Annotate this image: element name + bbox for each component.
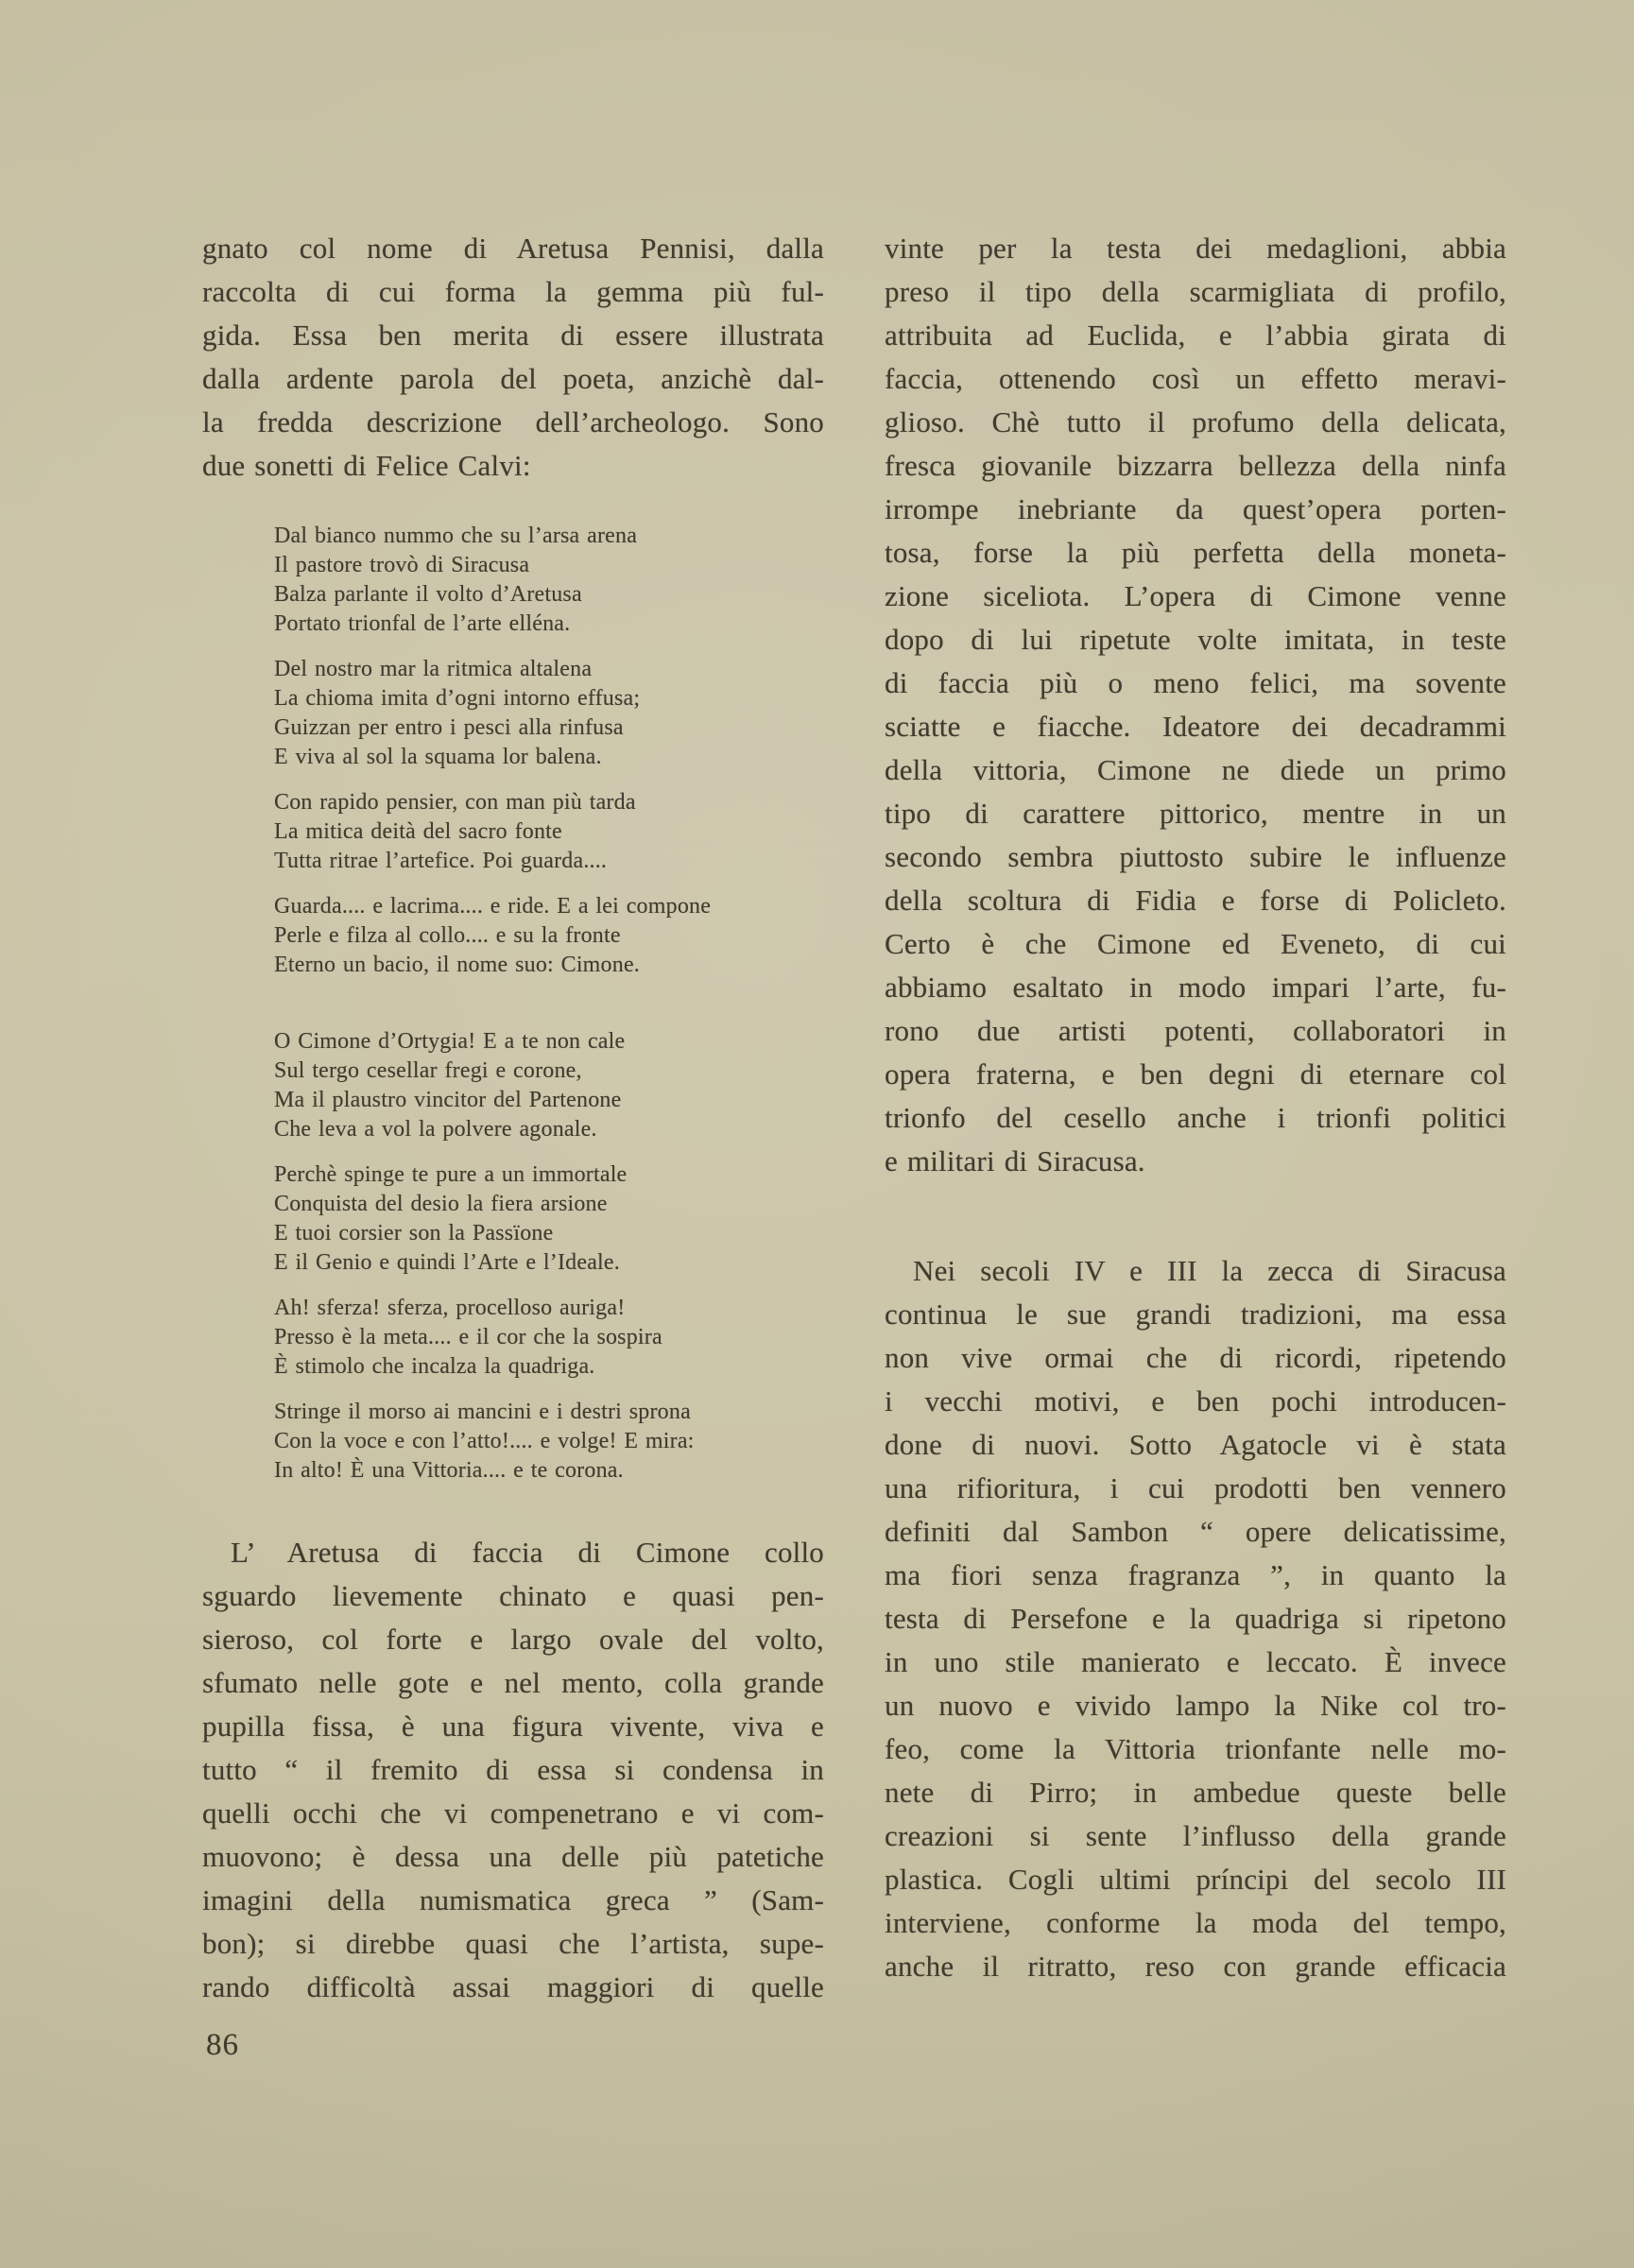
stanza: Dal bianco nummo che su l’arsa arenaIl p… <box>274 522 824 639</box>
prose-line: Certo è che Cimone ed Eveneto, di cui <box>885 922 1506 966</box>
verse-line: Presso è la meta.... e il cor che la sos… <box>274 1323 824 1352</box>
prose-line: quelli occhi che vi compenetrano e vi co… <box>202 1792 824 1835</box>
verse-line: Dal bianco nummo che su l’arsa arena <box>274 522 824 551</box>
prose-line: anche il ritratto, reso con grande effic… <box>885 1945 1506 1988</box>
prose-line: tosa, forse la più perfetta della moneta… <box>885 531 1506 575</box>
prose-line: sguardo lievemente chinato e quasi pen- <box>202 1574 824 1618</box>
verse-line: È stimolo che incalza la quadriga. <box>274 1352 824 1382</box>
verse-line: Che leva a vol la polvere agonale. <box>274 1115 824 1144</box>
prose-line: dalla ardente parola del poeta, anzichè … <box>202 357 824 401</box>
prose-line: pupilla fissa, è una figura vivente, viv… <box>202 1705 824 1748</box>
verse-line: Perle e filza al collo.... e su la front… <box>274 921 824 951</box>
verse-line: Balza parlante il volto d’Aretusa <box>274 580 824 610</box>
verse-line: Ma il plaustro vincitor del Partenone <box>274 1086 824 1115</box>
page-number: 86 <box>206 2028 239 2063</box>
prose-line: L’ Aretusa di faccia di Cimone collo <box>202 1531 824 1574</box>
prose-line: non vive ormai che di ricordi, ripetendo <box>885 1336 1506 1380</box>
verse-line: La mitica deità del sacro fonte <box>274 817 824 847</box>
right-column: vinte per la testa dei medaglioni, abbia… <box>885 227 1506 1988</box>
prose-line: sciatte e fiacche. Ideatore dei decadram… <box>885 705 1506 748</box>
verse-line: Stringe il morso ai mancini e i destri s… <box>274 1398 824 1427</box>
verse-line: Del nostro mar la ritmica altalena <box>274 655 824 684</box>
paragraph: L’ Aretusa di faccia di Cimone collosgua… <box>202 1531 824 2009</box>
prose-line: i vecchi motivi, e ben pochi introducen- <box>885 1380 1506 1423</box>
prose-line: della vittoria, Cimone ne diede un primo <box>885 748 1506 792</box>
verse-line: In alto! È una Vittoria.... e te corona. <box>274 1456 824 1486</box>
verse-line: Con rapido pensier, con man più tarda <box>274 788 824 817</box>
prose-line: irrompe inebriante da quest’opera porten… <box>885 488 1506 531</box>
verse-line: Con la voce e con l’atto!.... e volge! E… <box>274 1427 824 1456</box>
prose-line: done di nuovi. Sotto Agatocle vi è stata <box>885 1423 1506 1467</box>
prose-line: testa di Persefone e la quadriga si ripe… <box>885 1597 1506 1641</box>
prose-line: e militari di Siracusa. <box>885 1140 1506 1183</box>
prose-line: sfumato nelle gote e nel mento, colla gr… <box>202 1661 824 1705</box>
verse-line: Guizzan per entro i pesci alla rinfusa <box>274 713 824 743</box>
prose-line: dopo di lui ripetute volte imitata, in t… <box>885 618 1506 661</box>
prose-line: gnato col nome di Aretusa Pennisi, dalla <box>202 227 824 270</box>
prose-line: glioso. Chè tutto il profumo della delic… <box>885 401 1506 444</box>
prose-line: ma fiori senza fragranza ”, in quanto la <box>885 1554 1506 1597</box>
prose-line: faccia, ottenendo così un effetto meravi… <box>885 357 1506 401</box>
prose-line: continua le sue grandi tradizioni, ma es… <box>885 1293 1506 1336</box>
prose-line: creazioni si sente l’influsso della gran… <box>885 1814 1506 1858</box>
prose-line: tutto “ il fremito di essa si condensa i… <box>202 1748 824 1792</box>
verse-line: Perchè spinge te pure a un immortale <box>274 1160 824 1190</box>
prose-line: rono due artisti potenti, collaboratori … <box>885 1009 1506 1053</box>
prose-line: rando difficoltà assai maggiori di quell… <box>202 1966 824 2009</box>
verse-line: Tutta ritrae l’artefice. Poi guarda.... <box>274 847 824 876</box>
prose-line: definiti dal Sambon “ opere delicatissim… <box>885 1510 1506 1554</box>
sonnet: O Cimone d’Ortygia! E a te non caleSul t… <box>274 1027 824 1486</box>
verse-line: Ah! sferza! sferza, procelloso auriga! <box>274 1294 824 1323</box>
prose-line: nete di Pirro; in ambedue queste belle <box>885 1771 1506 1814</box>
paragraph: vinte per la testa dei medaglioni, abbia… <box>885 227 1506 1183</box>
verse-line: E il Genio e quindi l’Arte e l’Ideale. <box>274 1248 824 1278</box>
prose-line: abbiamo esaltato in modo impari l’arte, … <box>885 966 1506 1009</box>
stanza: Con rapido pensier, con man più tardaLa … <box>274 788 824 876</box>
prose-line: di faccia più o meno felici, ma sovente <box>885 661 1506 705</box>
stanza: Guarda.... e lacrima.... e ride. E a lei… <box>274 892 824 980</box>
prose-line: secondo sembra piuttosto subire le influ… <box>885 835 1506 879</box>
stanza: Stringe il morso ai mancini e i destri s… <box>274 1398 824 1486</box>
prose-line: muovono; è dessa una delle più patetiche <box>202 1835 824 1879</box>
verse-line: Il pastore trovò di Siracusa <box>274 551 824 580</box>
stanza: O Cimone d’Ortygia! E a te non caleSul t… <box>274 1027 824 1144</box>
prose-line: interviene, conforme la moda del tempo, <box>885 1901 1506 1945</box>
paragraph: gnato col nome di Aretusa Pennisi, dalla… <box>202 227 824 488</box>
prose-line: in uno stile manierato e leccato. È inve… <box>885 1641 1506 1684</box>
prose-line: preso il tipo della scarmigliata di prof… <box>885 270 1506 314</box>
prose-line: una rifioritura, i cui prodotti ben venn… <box>885 1467 1506 1510</box>
verse-line: O Cimone d’Ortygia! E a te non cale <box>274 1027 824 1057</box>
prose-line: raccolta di cui forma la gemma più ful- <box>202 270 824 314</box>
prose-line: imagini della numismatica greca ” (Sam- <box>202 1879 824 1922</box>
paragraph: Nei secoli IV e III la zecca di Siracusa… <box>885 1249 1506 1988</box>
left-column: gnato col nome di Aretusa Pennisi, dalla… <box>202 227 824 2009</box>
prose-line: feo, come la Vittoria trionfante nelle m… <box>885 1727 1506 1771</box>
verse-line: Portato trionfal de l’arte elléna. <box>274 610 824 639</box>
prose-line: Nei secoli IV e III la zecca di Siracusa <box>885 1249 1506 1293</box>
verse-line: E tuoi corsier son la Passïone <box>274 1219 824 1248</box>
verse-line: Conquista del desio la fiera arsione <box>274 1190 824 1219</box>
prose-line: della scoltura di Fidia e forse di Polic… <box>885 879 1506 922</box>
stanza: Ah! sferza! sferza, procelloso auriga!Pr… <box>274 1294 824 1382</box>
prose-line: la fredda descrizione dell’archeologo. S… <box>202 401 824 444</box>
prose-line: due sonetti di Felice Calvi: <box>202 444 824 488</box>
verse-line: La chioma imita d’ogni intorno effusa; <box>274 684 824 713</box>
prose-line: bon); si direbbe quasi che l’artista, su… <box>202 1922 824 1966</box>
prose-line: gida. Essa ben merita di essere illustra… <box>202 314 824 357</box>
sonnet: Dal bianco nummo che su l’arsa arenaIl p… <box>274 522 824 980</box>
verse-line: Eterno un bacio, il nome suo: Cimone. <box>274 951 824 980</box>
prose-line: fresca giovanile bizzarra bellezza della… <box>885 444 1506 488</box>
prose-line: plastica. Cogli ultimi príncipi del seco… <box>885 1858 1506 1901</box>
prose-line: tipo di carattere pittorico, mentre in u… <box>885 792 1506 835</box>
verse-line: Sul tergo cesellar fregi e corone, <box>274 1057 824 1086</box>
verse-line: Guarda.... e lacrima.... e ride. E a lei… <box>274 892 824 921</box>
prose-line: opera fraterna, e ben degni di eternare … <box>885 1053 1506 1096</box>
prose-line: trionfo del cesello anche i trionfi poli… <box>885 1096 1506 1140</box>
prose-line: un nuovo e vivido lampo la Nike col tro- <box>885 1684 1506 1727</box>
book-page-scan: gnato col nome di Aretusa Pennisi, dalla… <box>0 0 1634 2268</box>
prose-line: zione siceliota. L’opera di Cimone venne <box>885 575 1506 618</box>
stanza: Perchè spinge te pure a un immortaleConq… <box>274 1160 824 1278</box>
verse-line: E viva al sol la squama lor balena. <box>274 743 824 772</box>
prose-line: sieroso, col forte e largo ovale del vol… <box>202 1618 824 1661</box>
prose-line: attribuita ad Euclida, e l’abbia girata … <box>885 314 1506 357</box>
stanza: Del nostro mar la ritmica altalenaLa chi… <box>274 655 824 772</box>
prose-line: vinte per la testa dei medaglioni, abbia <box>885 227 1506 270</box>
